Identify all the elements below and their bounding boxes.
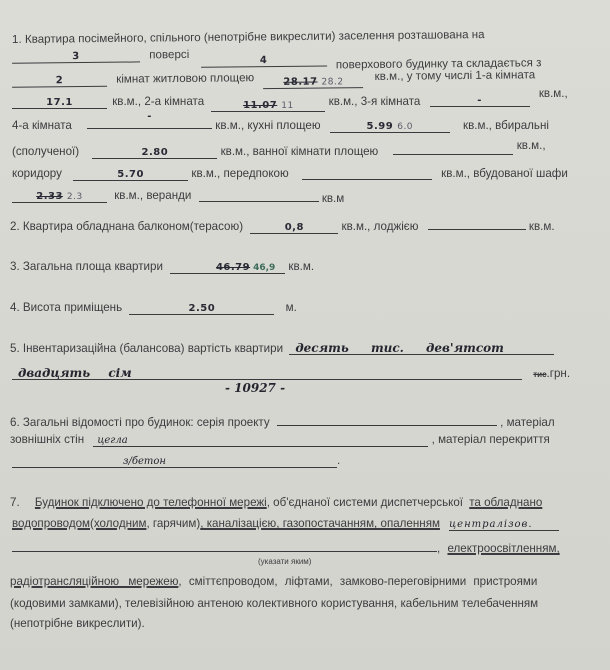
floors-prefix: , матеріал перекриття bbox=[432, 433, 550, 446]
value-words-field-1[interactable]: десять тис. дев'ятсот bbox=[289, 341, 554, 355]
hint-specify: (указати яким) bbox=[258, 557, 311, 566]
section6-line2: зовнішніх стін цегла , матеріал перекрит… bbox=[10, 433, 550, 447]
heating-field-continued[interactable] bbox=[12, 538, 437, 552]
corridor-value: 5.70 bbox=[117, 169, 144, 180]
utilities-text: , каналізацією, газопостачанням, опаленн… bbox=[200, 517, 440, 530]
heating-field[interactable]: централізов. bbox=[449, 517, 559, 531]
hall-field[interactable] bbox=[302, 166, 432, 180]
room2-old: 11.07 bbox=[243, 100, 277, 111]
section7-line2: водопроводом(холодним, гарячим), каналіз… bbox=[12, 517, 559, 531]
rooms-label: кімнат житловою площею bbox=[116, 71, 254, 85]
total-area-suffix: кв.м. bbox=[288, 260, 314, 273]
walls-value: цегла bbox=[97, 435, 127, 446]
closet-suffix: кв.м., веранди bbox=[114, 189, 191, 202]
walls-label: зовнішніх стін bbox=[10, 433, 84, 446]
section7-line6: (непотрібне викреслити). bbox=[10, 617, 145, 630]
walls-prefix: , матеріал bbox=[500, 416, 554, 429]
height-value: 2.50 bbox=[189, 303, 216, 314]
section1-intro: 1. Квартира посімейного, спільного (непо… bbox=[12, 27, 582, 46]
rooms-value: 2 bbox=[56, 75, 64, 86]
section5-line2: двадцять сім тис.грн. bbox=[12, 366, 570, 380]
room3-value: - bbox=[477, 95, 482, 106]
corridor-label: коридору bbox=[12, 167, 62, 180]
room2-new: 11 bbox=[281, 101, 293, 111]
floors-field[interactable]: з/бетон bbox=[12, 454, 337, 468]
balcony-value: 0,8 bbox=[285, 222, 304, 233]
height-label: 4. Висота приміщень bbox=[10, 301, 122, 314]
section7-line1: 7. Будинок підключено до телефонної мере… bbox=[10, 496, 542, 509]
kitchen-suffix: кв.м., вбиральні bbox=[463, 119, 549, 132]
room4-field[interactable]: - bbox=[87, 115, 212, 129]
balcony-field[interactable]: 0,8 bbox=[250, 220, 338, 234]
toilet-suffix: кв.м., ванної кімнати площею bbox=[221, 145, 379, 158]
room3-suffix: кв.м., bbox=[539, 87, 568, 100]
misc-amenities-text: , сміттєпроводом, ліфтами, замково-перег… bbox=[178, 575, 537, 588]
room2-field[interactable]: 11.0711 bbox=[211, 98, 325, 112]
section4: 4. Висота приміщень 2.50 м. bbox=[10, 301, 297, 315]
apartment-passport-page: 1. Квартира посімейного, спільного (непо… bbox=[0, 0, 610, 670]
room1-suffix: кв.м., 2-а кімната bbox=[112, 95, 204, 108]
hall-suffix: кв.м., вбудованої шафи bbox=[441, 167, 568, 180]
section1-intro-text: 1. Квартира посімейного, спільного (непо… bbox=[12, 28, 485, 46]
closet-new: 2.3 bbox=[67, 192, 83, 202]
balcony-label: 2. Квартира обладнана балконом(терасою) bbox=[10, 220, 243, 233]
floors-value: з/бетон bbox=[123, 456, 166, 467]
section1-line2: 3 поверсі 4 поверхового будинку та склад… bbox=[12, 44, 541, 64]
room4-label: 4-а кімната bbox=[12, 119, 72, 132]
toilet-field[interactable]: 2.80 bbox=[92, 145, 217, 159]
closet-field[interactable]: 2.332.3 bbox=[12, 189, 107, 203]
room1-value: 17.1 bbox=[46, 97, 73, 108]
floor-field[interactable]: 3 bbox=[12, 48, 140, 63]
walls-field[interactable]: цегла bbox=[93, 433, 428, 447]
electric-text: електроосвітленням, bbox=[447, 542, 559, 555]
value-digits: - 10927 - bbox=[225, 381, 285, 395]
total-area-label: 3. Загальна площа квартири bbox=[10, 260, 163, 273]
toilet-label: (сполученої) bbox=[12, 145, 79, 158]
storeys-field[interactable]: 4 bbox=[200, 52, 326, 67]
section7-line4: радіотрансляційною мережею, сміттєпровод… bbox=[10, 575, 537, 588]
comma: , bbox=[437, 542, 440, 555]
room4-value: - bbox=[147, 111, 152, 122]
corridor-field[interactable]: 5.70 bbox=[73, 167, 188, 181]
total-area-field[interactable]: 46.7946,9 bbox=[170, 260, 285, 274]
living-area-suffix: кв.м., у тому числі 1-а кімната bbox=[375, 68, 536, 83]
section1-line4: 17.1 кв.м., 2-а кімната 11.0711 кв.м., 3… bbox=[12, 95, 594, 109]
heating-value: централізов. bbox=[449, 519, 532, 530]
kitchen-new: 6.0 bbox=[397, 122, 413, 132]
value-words-field-2[interactable]: двадцять сім bbox=[12, 366, 522, 380]
section1-line3: 2 кімнат житловою площею 28.1728.2 кв.м.… bbox=[12, 68, 535, 87]
living-area-field[interactable]: 28.1728.2 bbox=[263, 74, 363, 89]
room4-suffix: кв.м., кухні площею bbox=[215, 119, 320, 132]
value-words-2: двадцять сім bbox=[18, 366, 132, 380]
total-area-old: 46.79 bbox=[216, 262, 250, 273]
section7-number: 7. bbox=[10, 496, 20, 509]
section1-line8: 2.332.3 кв.м., веранди кв.м bbox=[12, 185, 344, 203]
balcony-suffix: кв.м., лоджією bbox=[342, 220, 419, 233]
radio-network-text: радіотрансляційною мережею bbox=[10, 575, 178, 588]
floor-label: поверсі bbox=[149, 48, 189, 61]
toilet-value: 2.80 bbox=[142, 147, 169, 158]
currency-struck: тис bbox=[533, 370, 546, 379]
kitchen-old: 5.99 bbox=[367, 121, 394, 132]
section7-line5: (кодовими замками), телевізійною антеною… bbox=[10, 597, 538, 610]
section6-line1: 6. Загальні відомості про будинок: серія… bbox=[10, 412, 555, 429]
section3: 3. Загальна площа квартири 46.7946,9 кв.… bbox=[10, 260, 314, 274]
loggia-suffix: кв.м. bbox=[529, 220, 555, 233]
section7-line3: , електроосвітленням, bbox=[12, 538, 560, 555]
room1-field[interactable]: 17.1 bbox=[12, 95, 107, 109]
currency-label: .грн. bbox=[547, 367, 571, 380]
height-suffix: м. bbox=[286, 301, 297, 314]
section5-line1: 5. Інвентаризаційна (балансова) вартість… bbox=[10, 341, 554, 355]
water-hot-text: , гарячим) bbox=[146, 517, 200, 530]
dispatch-text: , об'єднаної системи диспетчерської bbox=[267, 496, 463, 509]
equipped-text: та обладнано bbox=[469, 496, 542, 509]
veranda-field[interactable] bbox=[199, 188, 319, 202]
living-area-old: 28.17 bbox=[283, 77, 317, 88]
rooms-field[interactable]: 2 bbox=[12, 73, 107, 88]
section1-line7: коридору 5.70 кв.м., передпокою кв.м., в… bbox=[12, 163, 568, 181]
value-words-1: десять тис. дев'ятсот bbox=[295, 341, 504, 355]
bath-field[interactable] bbox=[393, 141, 513, 155]
series-field[interactable] bbox=[277, 412, 497, 426]
phone-network-text: Будинок підключено до телефонної мережі bbox=[35, 496, 267, 509]
total-area-new: 46,9 bbox=[253, 263, 275, 273]
veranda-suffix: кв.м bbox=[322, 192, 344, 205]
room2-suffix: кв.м., 3-я кімната bbox=[329, 95, 421, 108]
storeys-value: 4 bbox=[260, 55, 268, 66]
kitchen-field[interactable]: 5.996.0 bbox=[330, 119, 450, 133]
loggia-field[interactable] bbox=[428, 216, 526, 230]
section1-line6: (сполученої) 2.80 кв.м., ванної кімнати … bbox=[12, 141, 546, 159]
water-cold-text: водопроводом(холодним bbox=[12, 517, 146, 530]
value-label: 5. Інвентаризаційна (балансова) вартість… bbox=[10, 342, 283, 355]
corridor-suffix: кв.м., передпокою bbox=[191, 167, 288, 180]
living-area-new: 28.2 bbox=[321, 77, 343, 87]
closet-old: 2.33 bbox=[36, 191, 63, 202]
height-field[interactable]: 2.50 bbox=[129, 301, 274, 315]
section1-line5: 4-а кімната - кв.м., кухні площею 5.996.… bbox=[12, 119, 549, 133]
section6-line3: з/бетон. bbox=[12, 454, 340, 468]
floors-end: . bbox=[337, 454, 340, 467]
bath-suffix: кв.м., bbox=[517, 139, 546, 152]
room3-field[interactable]: - bbox=[430, 93, 530, 107]
series-label: 6. Загальні відомості про будинок: серія… bbox=[10, 416, 270, 429]
floor-value: 3 bbox=[72, 51, 80, 62]
section2: 2. Квартира обладнана балконом(терасою) … bbox=[10, 216, 555, 234]
